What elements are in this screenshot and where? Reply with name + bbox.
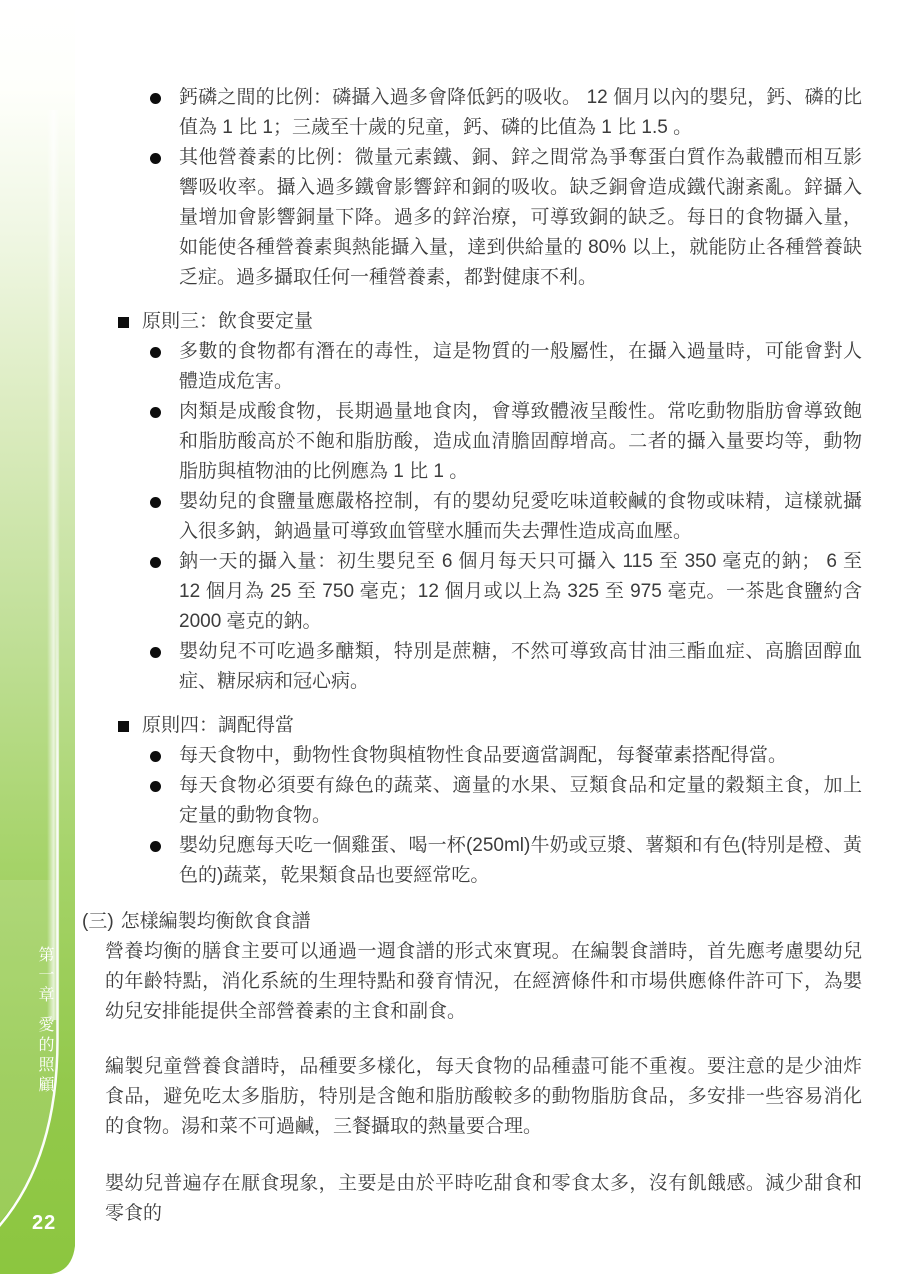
circle-bullet-icon — [150, 347, 161, 358]
heading-text: 原則四：調配得當 — [142, 715, 294, 736]
section3-heading: (三)怎樣編製均衡飲食食譜 — [82, 907, 900, 937]
bullet-text: 每天食物中，動物性食物與植物性食品要適當調配，每餐葷素搭配得當。 — [179, 741, 862, 771]
circle-bullet-icon — [150, 497, 161, 508]
square-bullet-icon — [118, 317, 129, 328]
bullet-text: 嬰幼兒不可吃過多醣類，特別是蔗糖，不然可導致高甘油三酯血症、高膽固醇血症、糖尿病… — [179, 637, 862, 697]
bullet-text: 鈉一天的攝入量：初生嬰兒至 6 個月每天只可攝入 115 至 350 毫克的鈉；… — [179, 547, 862, 637]
bullet-item: 嬰幼兒不可吃過多醣類，特別是蔗糖，不然可導致高甘油三酯血症、高膽固醇血症、糖尿病… — [150, 637, 862, 697]
bullet-text: 多數的食物都有潛在的毒性，這是物質的一般屬性，在攝入過量時，可能會對人體造成危害… — [179, 337, 862, 397]
bullet-item: 每天食物必須要有綠色的蔬菜、適量的水果、豆類食品和定量的穀類主食，加上定量的動物… — [150, 771, 862, 831]
bullet-text: 嬰幼兒的食鹽量應嚴格控制，有的嬰幼兒愛吃味道較鹹的食物或味精，這樣就攝入很多鈉，… — [179, 487, 862, 547]
bullet-item: 肉類是成酸食物，長期過量地食肉，會導致體液呈酸性。常吃動物脂肪會導致飽和脂肪酸高… — [150, 397, 862, 487]
circle-bullet-icon — [150, 647, 161, 658]
bullet-item: 鈉一天的攝入量：初生嬰兒至 6 個月每天只可攝入 115 至 350 毫克的鈉；… — [150, 547, 862, 637]
circle-bullet-icon — [150, 407, 161, 418]
bullet-text: 其他營養素的比例：微量元素鐵、銅、鋅之間常為爭奪蛋白質作為載體而相互影響吸收率。… — [179, 143, 862, 293]
circle-bullet-icon — [150, 751, 161, 762]
bullet-item: 鈣磷之間的比例：磷攝入過多會降低鈣的吸收。 12 個月以內的嬰兒，鈣、磷的比值為… — [150, 83, 862, 143]
circle-bullet-icon — [150, 153, 161, 164]
circle-bullet-icon — [150, 93, 161, 104]
body-paragraph: 營養均衡的膳食主要可以通過一週食譜的形式來實現。在編製食譜時，首先應考慮嬰幼兒的… — [105, 937, 862, 1027]
circle-bullet-icon — [150, 557, 161, 568]
book-page: 第一章 愛的照顧 22 鈣磷之間的比例：磷攝入過多會降低鈣的吸收。 12 個月以… — [0, 0, 900, 1274]
square-bullet-icon — [118, 721, 129, 732]
section-label: (三) — [82, 911, 114, 932]
bullet-item: 嬰幼兒應每天吃一個雞蛋、喝一杯(250ml)牛奶或豆漿、薯類和有色(特別是橙、黃… — [150, 831, 862, 891]
principle3-heading: 原則三：飲食要定量 — [118, 307, 900, 337]
bullet-item: 嬰幼兒的食鹽量應嚴格控制，有的嬰幼兒愛吃味道較鹹的食物或味精，這樣就攝入很多鈉，… — [150, 487, 862, 547]
bullet-item: 其他營養素的比例：微量元素鐵、銅、鋅之間常為爭奪蛋白質作為載體而相互影響吸收率。… — [150, 143, 862, 293]
section-title: 怎樣編製均衡飲食食譜 — [121, 911, 311, 932]
body-paragraph: 編製兒童營養食譜時，品種要多樣化，每天食物的品種盡可能不重複。要注意的是少油炸食… — [105, 1052, 862, 1142]
body-paragraph: 嬰幼兒普遍存在厭食現象，主要是由於平時吃甜食和零食太多，沒有飢餓感。減少甜食和零… — [105, 1169, 862, 1229]
bullet-text: 鈣磷之間的比例：磷攝入過多會降低鈣的吸收。 12 個月以內的嬰兒，鈣、磷的比值為… — [179, 83, 862, 143]
bullet-text: 每天食物必須要有綠色的蔬菜、適量的水果、豆類食品和定量的穀類主食，加上定量的動物… — [179, 771, 862, 831]
circle-bullet-icon — [150, 781, 161, 792]
bullet-item: 每天食物中，動物性食物與植物性食品要適當調配，每餐葷素搭配得當。 — [150, 741, 862, 771]
principle4-heading: 原則四：調配得當 — [118, 711, 900, 741]
bullet-item: 多數的食物都有潛在的毒性，這是物質的一般屬性，在攝入過量時，可能會對人體造成危害… — [150, 337, 862, 397]
page-content: 鈣磷之間的比例：磷攝入過多會降低鈣的吸收。 12 個月以內的嬰兒，鈣、磷的比值為… — [0, 83, 900, 1229]
heading-text: 原則三：飲食要定量 — [142, 311, 313, 332]
bullet-text: 嬰幼兒應每天吃一個雞蛋、喝一杯(250ml)牛奶或豆漿、薯類和有色(特別是橙、黃… — [179, 831, 862, 891]
circle-bullet-icon — [150, 841, 161, 852]
bullet-text: 肉類是成酸食物，長期過量地食肉，會導致體液呈酸性。常吃動物脂肪會導致飽和脂肪酸高… — [179, 397, 862, 487]
